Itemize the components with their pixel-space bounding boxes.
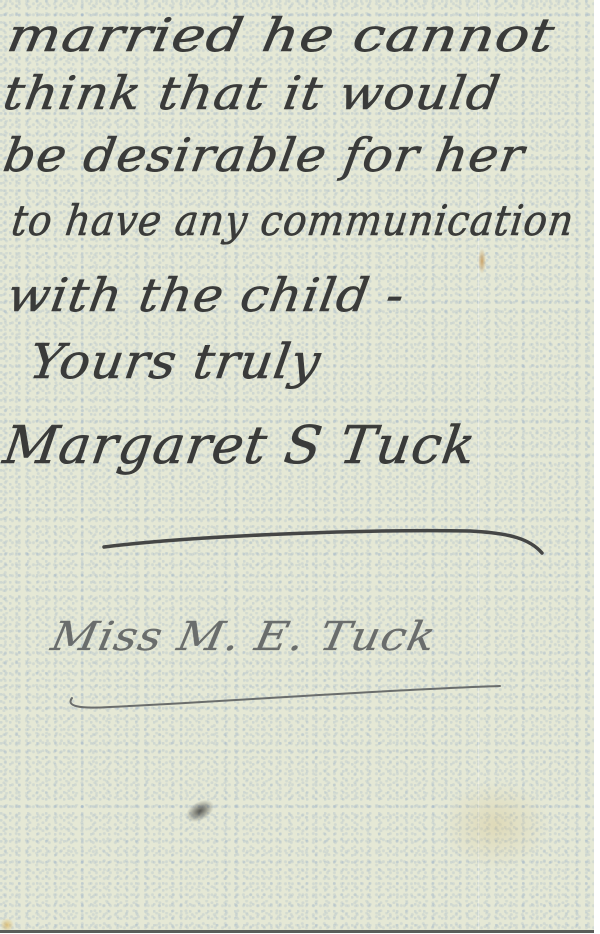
addressee-note: Miss M. E. Tuck <box>47 614 440 660</box>
letter-line-5: with the child - <box>4 268 409 322</box>
letter-signature: Margaret S Tuck <box>0 416 480 476</box>
letter-page: married he cannot think that it would be… <box>0 0 594 933</box>
ink-blot <box>179 792 221 829</box>
letter-line-1: married he cannot <box>3 8 559 62</box>
water-stain <box>440 780 550 870</box>
foxing-stain <box>478 248 486 274</box>
letter-line-4: to have any communication <box>9 196 577 245</box>
signature-underline <box>0 515 594 565</box>
addressee-underline <box>0 676 594 716</box>
letter-line-3: be desirable for her <box>0 128 529 182</box>
letter-closing: Yours truly <box>26 334 325 390</box>
letter-line-2: think that it would <box>0 66 505 120</box>
corner-stain <box>0 918 14 932</box>
